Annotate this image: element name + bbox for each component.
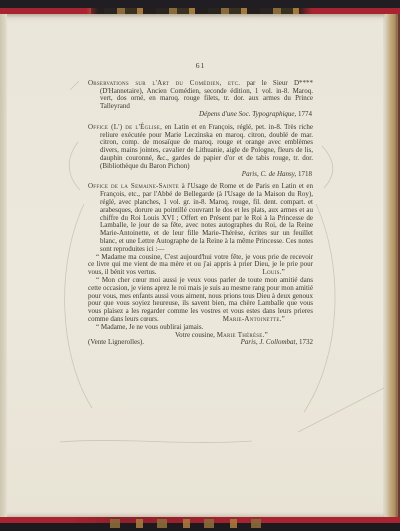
imprint-year: 1774 xyxy=(298,110,312,118)
provenance-note: (Vente Lignerolles). xyxy=(88,339,144,347)
entry-description: Office de la Semaine-Sainte à l'Usage de… xyxy=(88,183,313,253)
entry-imprint-line: Paris, C. de Hansy, 1718 xyxy=(88,171,313,179)
entry-headword: Observations sur l'Art du Comédien, etc. xyxy=(88,79,240,87)
entry-headword: Office (L') de l'Église, xyxy=(88,123,162,131)
quoted-note-louis: “ Madame ma cousine, C'est aujourd'hui v… xyxy=(88,254,313,277)
page-gutter-edge xyxy=(0,14,7,517)
entry-headword: Office de la Semaine-Sainte xyxy=(88,182,179,190)
book-cover-bottom-edge xyxy=(0,517,400,531)
catalogue-entry-observations: Observations sur l'Art du Comédien, etc.… xyxy=(88,80,313,119)
imprint-text: Paris, J. Collombat, xyxy=(241,338,298,346)
closing-pre-text: Votre cousine, xyxy=(175,331,217,339)
entry-imprint-line: Dépens d'une Soc. Typographique, 1774 xyxy=(88,111,313,119)
entry-imprint-line: Paris, J. Collombat, 1732 xyxy=(241,339,313,347)
book-cover-top-edge xyxy=(0,0,400,14)
gilt-page-edges-bottom xyxy=(96,519,276,528)
imprint-text: Paris, C. de Hansy, xyxy=(242,170,296,178)
entry-body-text: en Latin et en François, réglé, pet. in-… xyxy=(100,123,313,170)
page-number: 61 xyxy=(88,62,313,70)
catalogue-entry-office-semaine-sainte: Office de la Semaine-Sainte à l'Usage de… xyxy=(88,183,313,347)
quote-text: “ Mon cher cœur moi aussi je veux vous p… xyxy=(88,276,313,323)
provenance-imprint-line: (Vente Lignerolles).Paris, J. Collombat,… xyxy=(88,339,313,347)
entry-body-text: à l'Usage de Rome et de Paris en Latin e… xyxy=(100,182,313,252)
page-fore-edge xyxy=(383,14,400,517)
quoted-note-marie-antoinette: “ Mon cher cœur moi aussi je veux vous p… xyxy=(88,277,313,324)
imprint-text: Dépens d'une Soc. Typographique, xyxy=(199,110,296,118)
printed-text-block: 61 Observations sur l'Art du Comédien, e… xyxy=(88,62,313,352)
imprint-year: 1732 xyxy=(299,338,313,346)
signature-marie-antoinette: Marie-Antoinette.” xyxy=(223,316,285,324)
entry-description: Office (L') de l'Église, en Latin et en … xyxy=(88,124,313,171)
entry-description: Observations sur l'Art du Comédien, etc.… xyxy=(88,80,313,111)
quote-text: “ Madame, Je ne vous oublirai jamais. xyxy=(96,323,203,331)
imprint-year: 1718 xyxy=(298,170,312,178)
catalogue-entry-office-eglise: Office (L') de l'Église, en Latin et en … xyxy=(88,124,313,179)
signature-marie-therese: Marie Thérèse.” xyxy=(217,331,268,339)
book-page: 61 Observations sur l'Art du Comédien, e… xyxy=(0,14,400,517)
